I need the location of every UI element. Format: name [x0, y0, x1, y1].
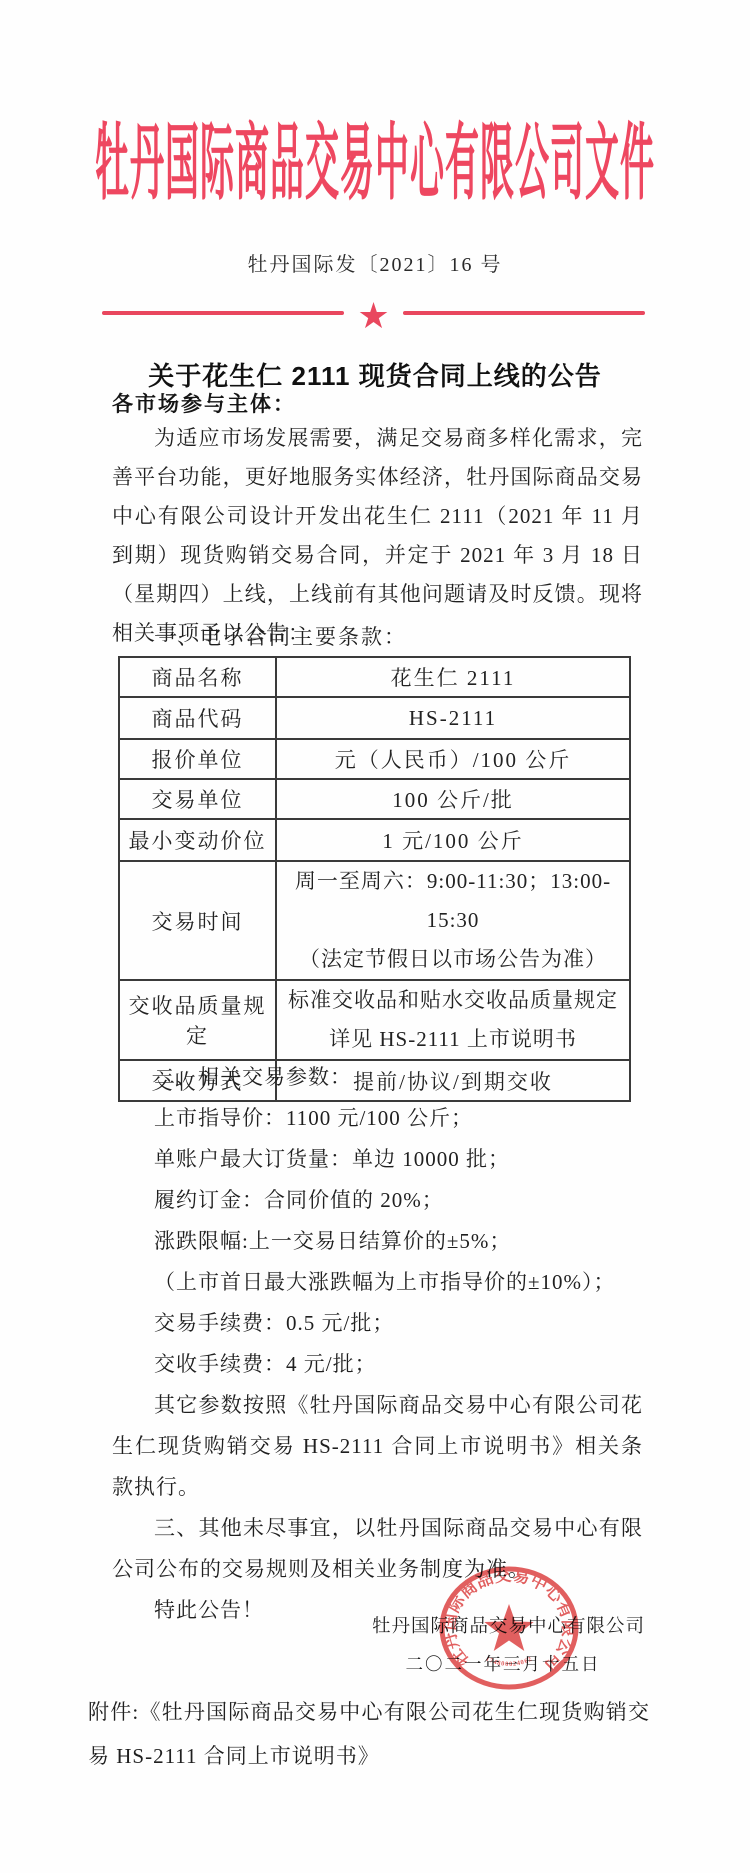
contract-terms-table: 商品名称 花生仁 2111 商品代码 HS-2111 报价单位 元（人民币）/1… [118, 656, 631, 1102]
param-trade-fee: 交易手续费：0.5 元/批； [112, 1303, 643, 1344]
term-label: 商品代码 [119, 697, 276, 739]
param-listing-price: 上市指导价：1100 元/100 公斤； [112, 1098, 643, 1139]
letterhead-title: 牡丹国际商品交易中心有限公司文件 [0, 122, 750, 160]
term-label: 报价单位 [119, 739, 276, 779]
red-divider: ★ [102, 296, 645, 330]
term-value: 100 公斤/批 [276, 779, 630, 819]
term-label: 交收品质量规定 [119, 980, 276, 1060]
param-delivery-fee: 交收手续费：4 元/批； [112, 1344, 643, 1385]
term-label: 商品名称 [119, 657, 276, 697]
salutation: 各市场参与主体： [112, 388, 296, 418]
table-row: 交易单位 100 公斤/批 [119, 779, 630, 819]
term-label: 交易单位 [119, 779, 276, 819]
star-icon: ★ [357, 298, 389, 334]
term-value: HS-2111 [276, 697, 630, 739]
section2-heading: 二、相关交易参数： [112, 1057, 643, 1098]
seal-star-icon [484, 1604, 533, 1651]
term-label: 最小变动价位 [119, 819, 276, 861]
attachment-note: 附件:《牡丹国际商品交易中心有限公司花生仁现货购销交易 HS-2111 合同上市… [88, 1690, 650, 1778]
other-params-paragraph: 其它参数按照《牡丹国际商品交易中心有限公司花生仁现货购销交易 HS-2111 合… [112, 1385, 643, 1508]
param-deposit: 履约订金：合同价值的 20%； [112, 1180, 643, 1221]
section1-heading: 一、电子合同主要条款： [112, 621, 643, 651]
table-row: 商品代码 HS-2111 [119, 697, 630, 739]
term-value: 标准交收品和贴水交收品质量规定 详见 HS-2111 上市说明书 [276, 980, 630, 1060]
table-row: 交收品质量规定 标准交收品和贴水交收品质量规定 详见 HS-2111 上市说明书 [119, 980, 630, 1060]
term-value-line1: 周一至周六：9:00-11:30；13:00-15:30 [277, 862, 629, 940]
intro-paragraph: 为适应市场发展需要，满足交易商多样化需求，完善平台功能，更好地服务实体经济，牡丹… [112, 419, 643, 653]
param-first-day-limit: （上市首日最大涨跌幅为上市指导价的±10%）； [112, 1262, 643, 1303]
table-row: 报价单位 元（人民币）/100 公斤 [119, 739, 630, 779]
table-row: 商品名称 花生仁 2111 [119, 657, 630, 697]
term-value: 元（人民币）/100 公斤 [276, 739, 630, 779]
param-price-limit: 涨跌限幅:上一交易日结算价的±5%； [112, 1221, 643, 1262]
term-value: 花生仁 2111 [276, 657, 630, 697]
letterhead-text: 牡丹国际商品交易中心有限公司文件 [95, 123, 655, 211]
divider-line-right [403, 311, 645, 315]
document-number: 牡丹国际发〔2021〕16 号 [0, 248, 750, 277]
term-value: 1 元/100 公斤 [276, 819, 630, 861]
section2: 二、相关交易参数： 上市指导价：1100 元/100 公斤； 单账户最大订货量：… [112, 1057, 643, 1631]
term-value-line1: 标准交收品和贴水交收品质量规定 [277, 981, 629, 1020]
table-row: 最小变动价位 1 元/100 公斤 [119, 819, 630, 861]
divider-line-left [102, 311, 344, 315]
company-seal-stamp: 牡丹国际商品交易中心有限公司 174800024062 [437, 1564, 581, 1692]
term-label: 交易时间 [119, 861, 276, 980]
term-value: 周一至周六：9:00-11:30；13:00-15:30 （法定节假日以市场公告… [276, 861, 630, 980]
table-row: 交易时间 周一至周六：9:00-11:30；13:00-15:30 （法定节假日… [119, 861, 630, 980]
seal-serial-number: 174800024062 [485, 1656, 533, 1668]
term-value-line2: 详见 HS-2111 上市说明书 [277, 1020, 629, 1059]
param-max-order: 单账户最大订货量：单边 10000 批； [112, 1139, 643, 1180]
term-value-line2: （法定节假日以市场公告为准） [277, 940, 629, 979]
official-document-page: 牡丹国际商品交易中心有限公司文件 牡丹国际发〔2021〕16 号 ★ 关于花生仁… [0, 0, 750, 1873]
